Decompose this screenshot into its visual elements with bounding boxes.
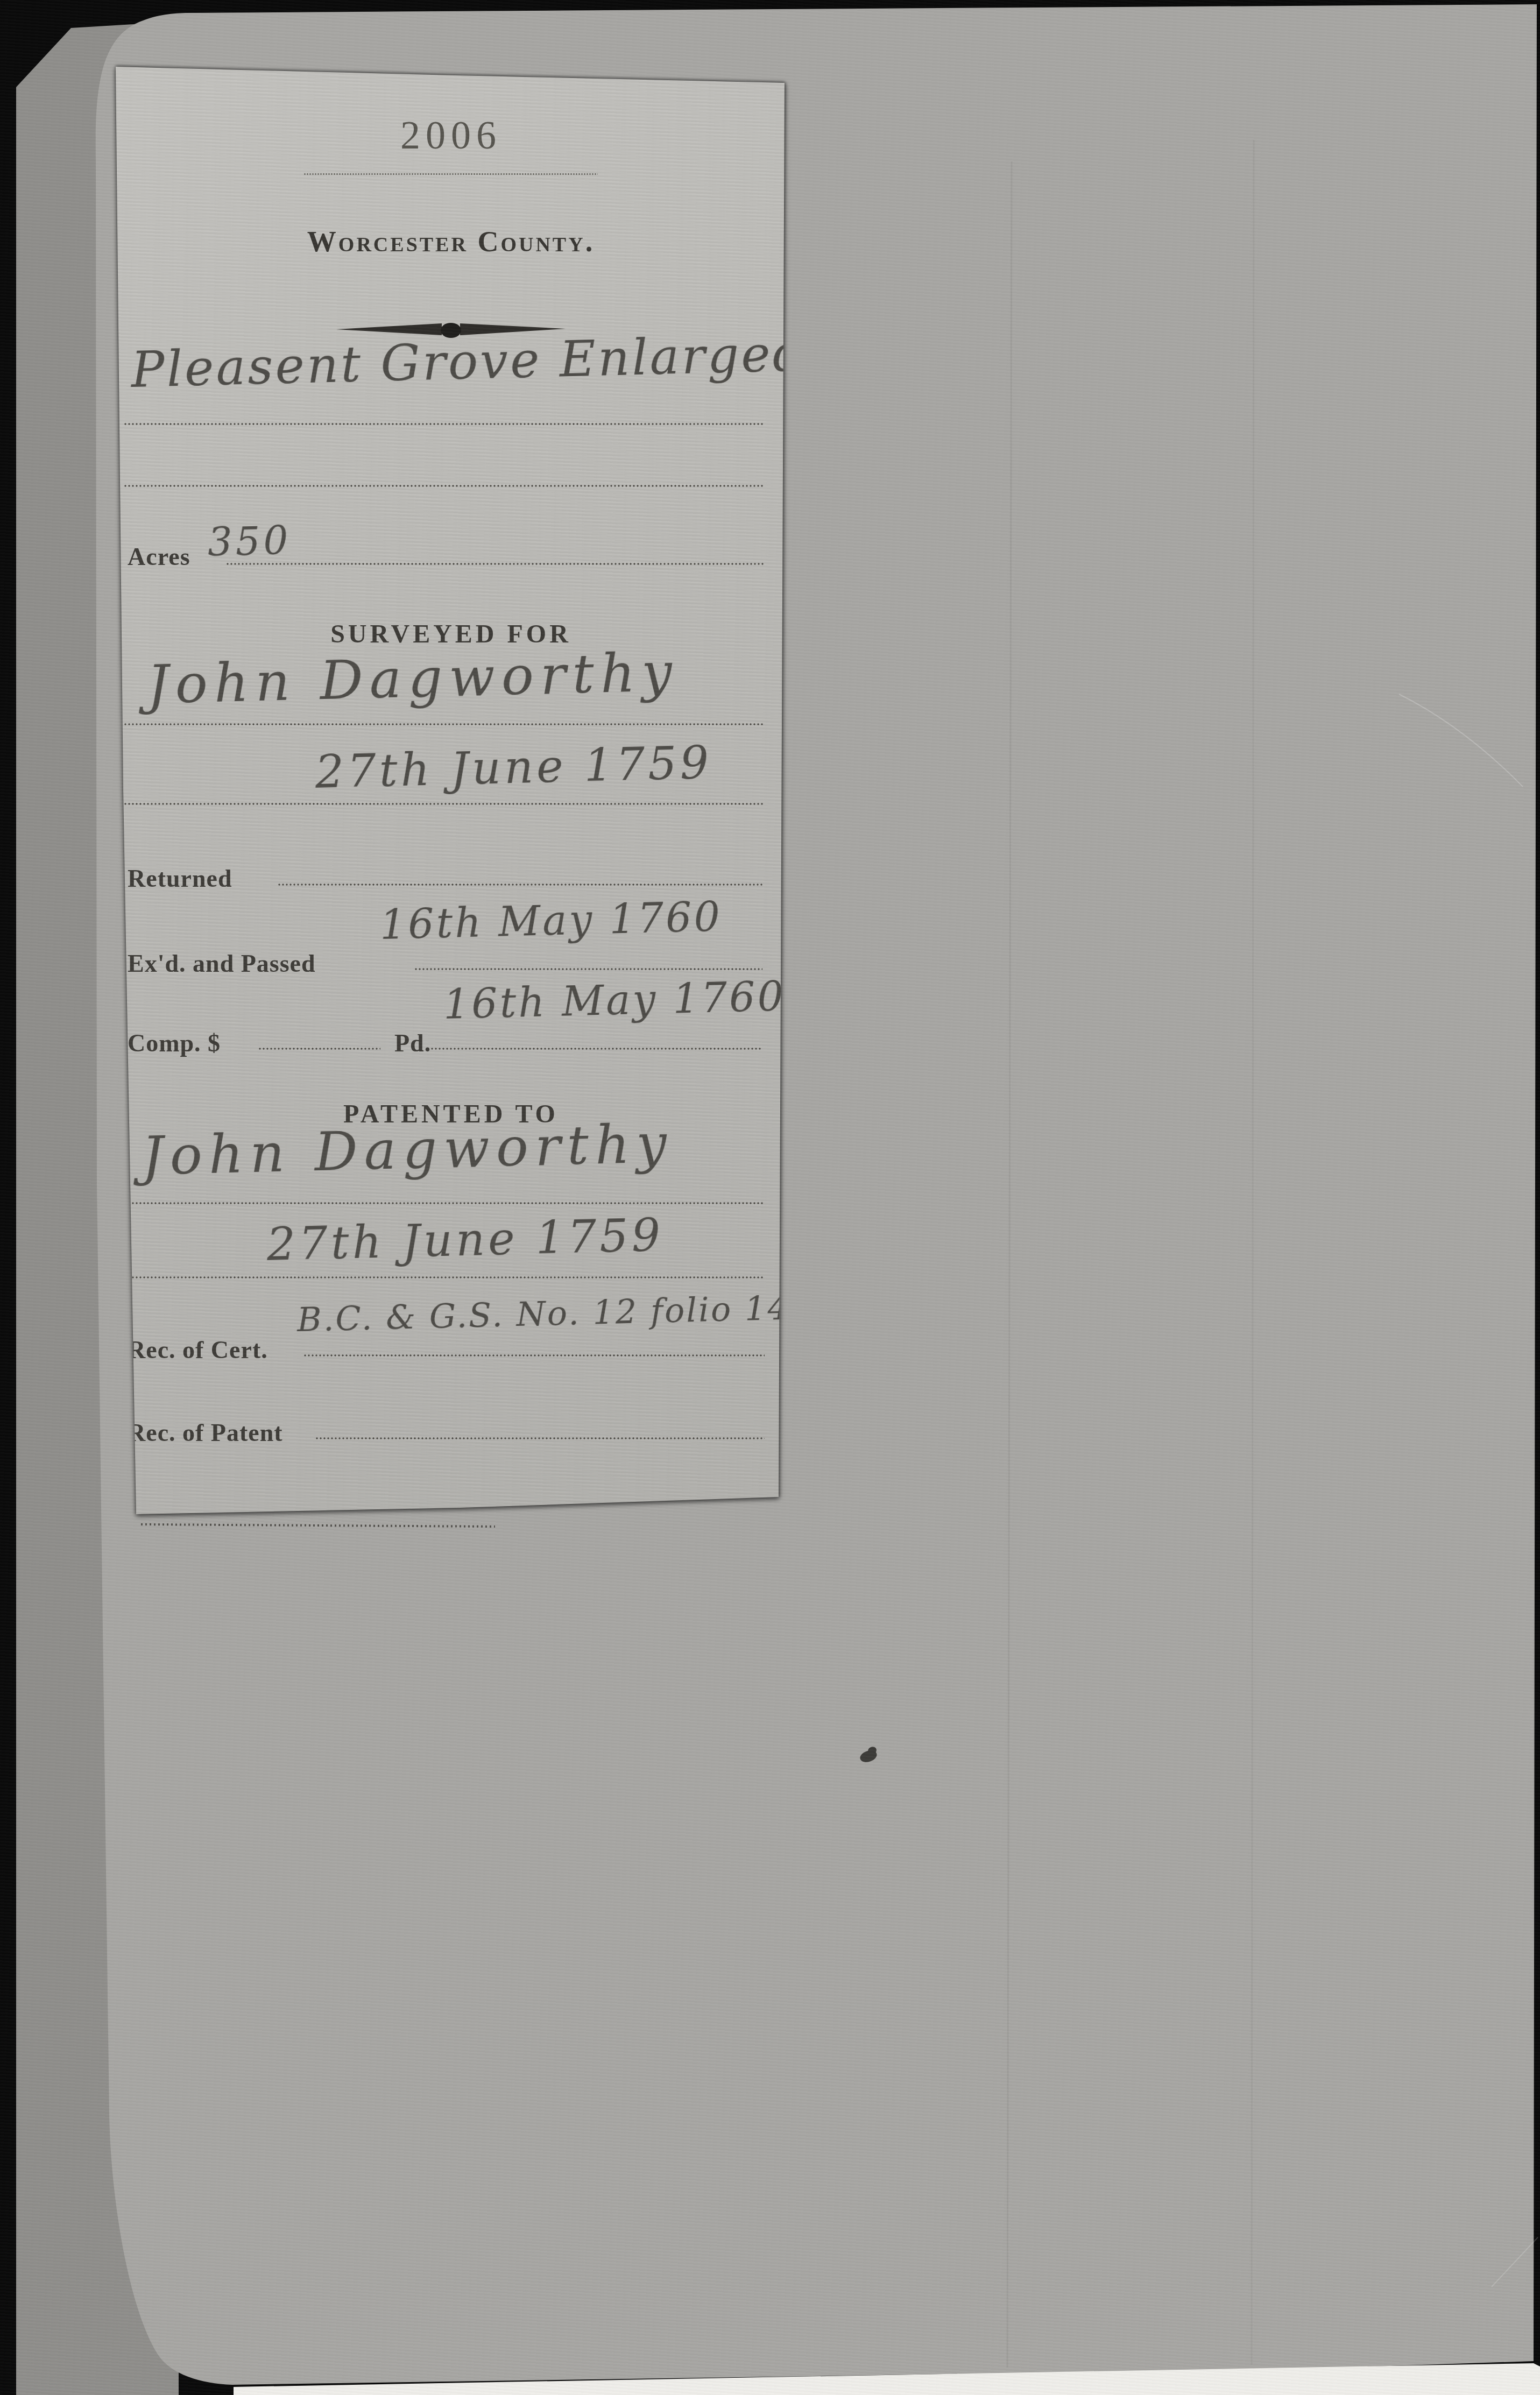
- dotted-rule-returned-blank: [278, 884, 764, 886]
- dotted-rule: [415, 968, 762, 970]
- pd-label: Pd.: [394, 1029, 431, 1057]
- dotted-rule: [304, 173, 598, 175]
- dotted-rule-comp-blank: [259, 1048, 380, 1050]
- dotted-rule: [304, 1354, 765, 1357]
- patented-date-handwriting: 27th June 1759: [266, 1209, 665, 1271]
- rec-of-patent-label: Rec. of Patent: [128, 1418, 283, 1447]
- surveyed-name-handwriting: John Dagworthy: [146, 640, 679, 716]
- dotted-rule: [431, 1048, 762, 1050]
- rec-of-cert-label: Rec. of Cert.: [128, 1336, 268, 1364]
- survey-card: 2006 Worcester County. Pleasent Grove En…: [116, 63, 786, 1516]
- scanned-survey-card-page: 2006 Worcester County. Pleasent Grove En…: [0, 0, 1540, 2395]
- exd-and-passed-label: Ex'd. and Passed: [128, 949, 316, 978]
- dotted-rule: [124, 485, 765, 487]
- surveyed-for-heading: SURVEYED FOR: [116, 619, 786, 649]
- dotted-rule-rec-patent-blank: [316, 1437, 765, 1439]
- county-title: Worcester County.: [116, 225, 786, 258]
- dotted-rule: [227, 563, 765, 565]
- survey-card-wrapper: 2006 Worcester County. Pleasent Grove En…: [116, 63, 786, 1516]
- dotted-rule: [124, 1202, 765, 1204]
- pd-date-handwriting: 16th May 1760: [443, 972, 786, 1028]
- card-number: 2006: [116, 113, 786, 159]
- exd-passed-date-handwriting: 16th May 1760: [379, 892, 723, 949]
- comp-label: Comp. $: [128, 1029, 221, 1057]
- patented-name-handwriting: John Dagworthy: [141, 1112, 674, 1188]
- surveyed-date-handwriting: 27th June 1759: [315, 736, 713, 799]
- dotted-rule: [124, 423, 765, 425]
- dotted-rule: [124, 1276, 765, 1278]
- dotted-rule: [124, 723, 765, 725]
- acres-value-handwriting: 350: [207, 518, 292, 565]
- dotted-rule: [124, 803, 765, 805]
- returned-label: Returned: [128, 864, 232, 893]
- acres-label: Acres: [128, 542, 190, 571]
- rec-of-cert-value-handwriting: B.C. & G.S. No. 12 folio 141: [296, 1288, 814, 1339]
- tract-name-handwriting: Pleasent Grove Enlarged: [130, 324, 807, 399]
